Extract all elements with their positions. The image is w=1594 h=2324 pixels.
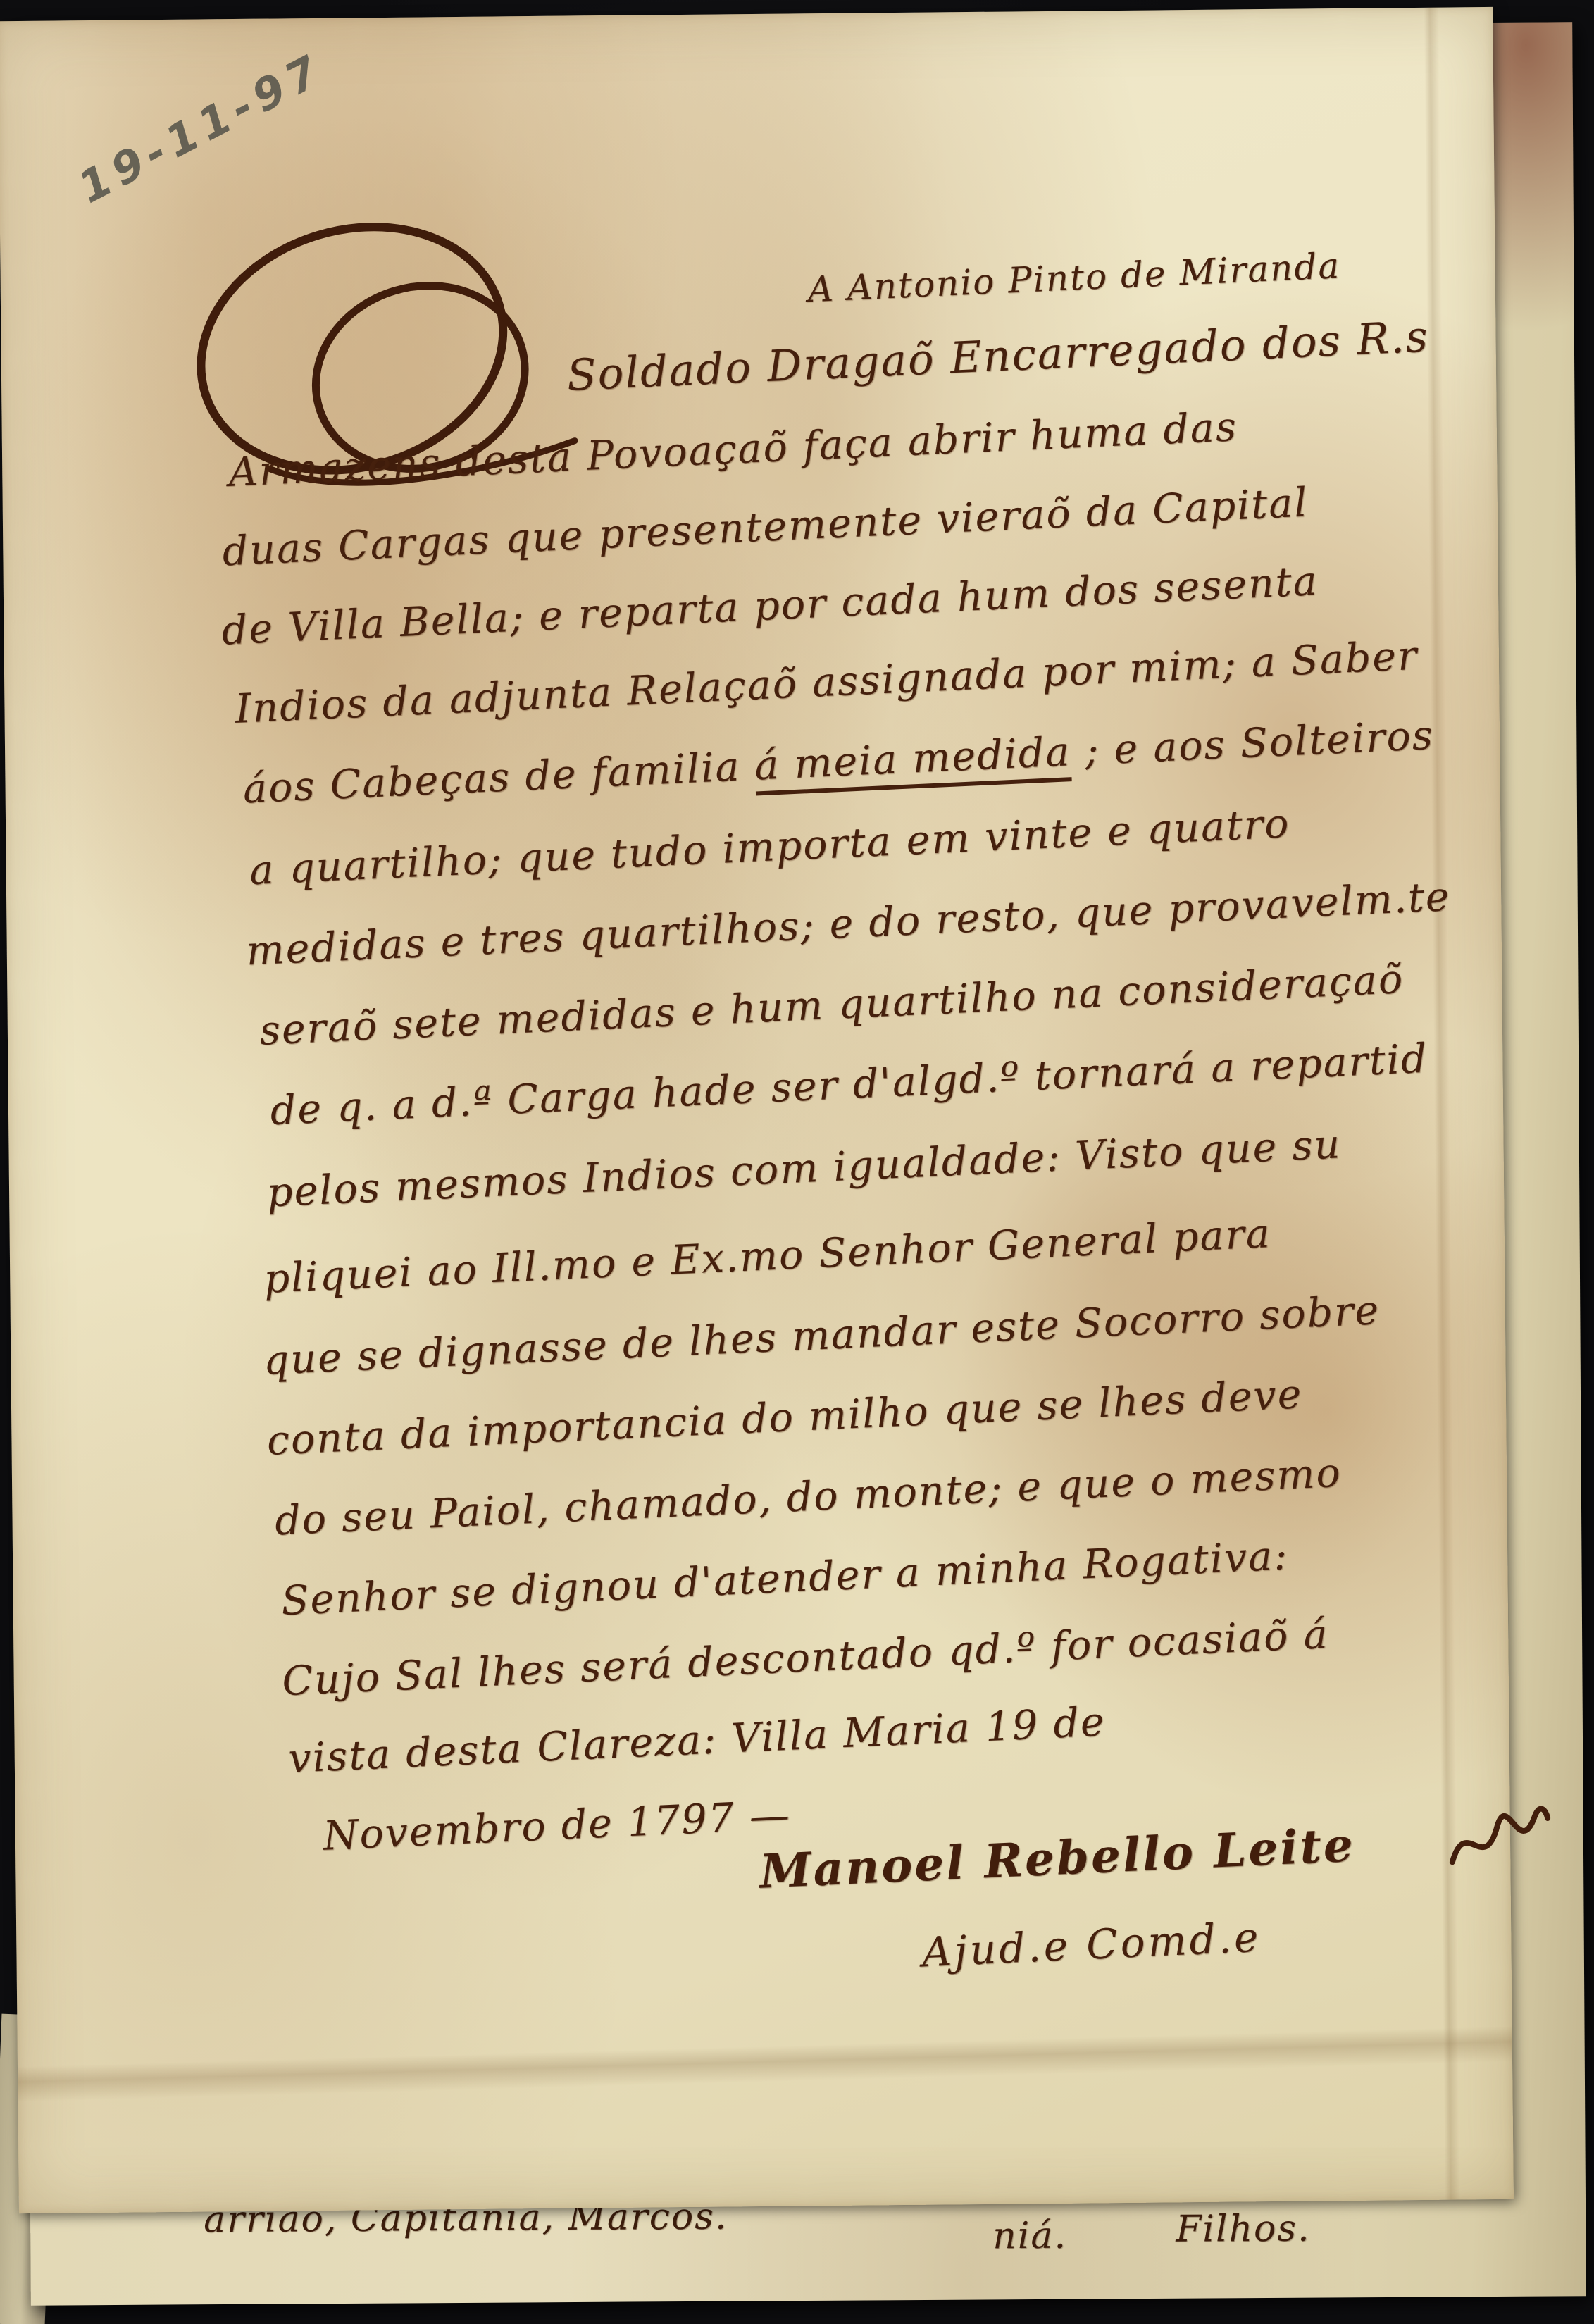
manuscript-page: 19-11-97 A Antonio Pinto de Miranda Sold… [0, 7, 1514, 2213]
manuscript-line: de q. a d.ª Carga hade ser d'algd.º torn… [269, 1036, 1428, 1135]
manuscript-line: que se dignasse de lhes mandar este Soco… [262, 1287, 1381, 1384]
manuscript-line: Cujo Sal lhes será descontado qd.º for o… [281, 1611, 1330, 1705]
manuscript-line: do seu Paiol, chamado, do monte; e que o… [274, 1450, 1343, 1545]
manuscript-line: de Villa Bella; e reparta por cada hum d… [220, 558, 1319, 654]
signature-title: Ajud.e Comd.e [921, 1913, 1262, 1977]
manuscript-line: Indios da adjunta Relaçaõ assignada por … [234, 633, 1419, 733]
underlying-page-partial-text: Filhos. [1176, 2208, 1311, 2251]
manuscript-line: conta da importancia do milho que se lhe… [266, 1371, 1304, 1465]
line-text: ; e aos Solteiros [1070, 712, 1436, 775]
manuscript-line: Senhor se dignou d'atender a minha Rogat… [280, 1532, 1290, 1624]
underlying-page-partial-text: niá. [992, 2215, 1067, 2258]
signature-rubric-flourish [1444, 1790, 1554, 1887]
manuscript-line: Soldado Dragaõ Encarregado dos R.s [566, 312, 1430, 401]
manuscript-line: seraõ sete medidas e hum quartilho na co… [259, 956, 1405, 1055]
line-text: áos Cabeças de familia [242, 743, 756, 813]
photo-background: arrião, Capitania, Marcos. niá. Filhos. … [0, 0, 1594, 2324]
manuscript-line: a quartilho; que tudo importa em vinte e… [249, 800, 1291, 894]
signature: Manoel Rebello Leite [759, 1817, 1357, 1899]
manuscript-line: áos Cabeças de familia á meia medida ; e… [242, 712, 1436, 813]
underlined-phrase: á meia medida [754, 728, 1072, 795]
manuscript-line: medidas e tres quartilhos; e do resto, q… [245, 874, 1452, 975]
manuscript-line: pliquei ao Ill.mo e Ex.mo Senhor General… [263, 1210, 1272, 1303]
manuscript-line: vista desta Clareza: Villa Maria 19 de [287, 1698, 1107, 1782]
manuscript-line: pelos mesmos Indios com igualdade: Visto… [266, 1121, 1343, 1216]
ink-layer: A Antonio Pinto de Miranda Soldado Draga… [0, 0, 1553, 2221]
manuscript-line: Novembro de 1797 — [322, 1792, 792, 1860]
addressee-line: A Antonio Pinto de Miranda [807, 245, 1341, 310]
